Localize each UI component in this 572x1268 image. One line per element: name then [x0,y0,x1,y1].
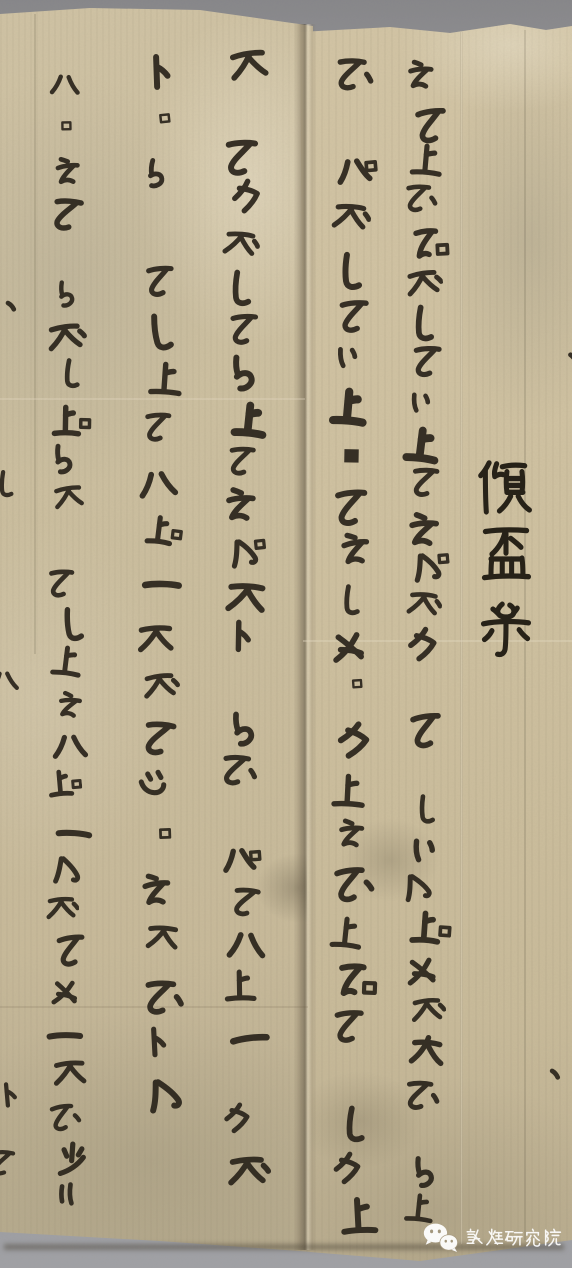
notation-glyph-e [218,483,265,530]
notation-glyph-qi [52,238,93,279]
notation-glyph-bu [141,917,183,959]
notation-glyph-te [135,714,185,764]
notation-glyph-budot [408,990,447,1029]
notation-glyph-shao [52,1138,96,1182]
notation-glyph-e [52,688,89,725]
notation-glyph-i [402,385,441,424]
notation-glyph-shi [330,580,371,621]
notation-glyph-kou [152,106,178,132]
notation-glyph-shi [0,467,23,503]
notation-glyph-tedot [327,860,376,909]
notation-glyph-te [49,928,95,974]
notation-glyph-ji [139,1070,192,1123]
notation-glyph-nu [402,953,443,994]
notation-glyph-te [139,260,182,303]
notation-glyph-shangb [225,398,273,446]
notation-glyph-ra [43,440,84,481]
notation-glyph-shangkou [140,511,186,557]
notation-glyph-tedot [400,1075,441,1116]
notation-glyph-shi [325,248,374,297]
notation-glyph-qi [327,105,366,144]
paper-seam [294,24,316,1250]
notation-glyph-qi [224,792,272,840]
notation-glyph-qi [221,91,265,135]
notation-glyph-jikou [407,545,452,590]
notation-glyph-budot [224,1148,271,1195]
notation-glyph-e [134,868,182,916]
notation-glyph-yi [137,561,187,611]
notation-glyph-te [327,1004,372,1049]
notation-glyph-te [327,482,377,532]
notation-glyph-shang [325,769,370,814]
notation-glyph-budot [219,223,262,266]
notation-glyph-shangkou [404,906,453,955]
notation-glyph-shi [407,792,445,830]
notation-glyph-dot [556,342,572,376]
notation-glyph-dot [0,288,30,325]
notation-glyph-qi [398,745,443,790]
notation-glyph-qi [407,669,447,709]
notation-glyph-bu [49,1053,90,1094]
notation-glyph-i [327,338,369,380]
notation-glyph-te [407,341,448,382]
wm-char-dun [467,1229,482,1243]
notation-glyph-e [333,527,381,575]
notation-glyph-ba [49,728,91,770]
notation-glyph-ra [48,277,84,313]
notation-glyph-te [43,565,80,602]
notation-glyph-ba [0,666,21,701]
notation-glyph-bakou [332,149,381,198]
notation-glyph-shi [216,266,264,314]
notation-glyph-shang [333,1193,383,1243]
notation-glyph-bu [134,618,178,662]
notation-glyph-te [139,408,178,447]
manuscript-photo [0,0,572,1268]
notation-glyph-shi [50,354,90,394]
notation-glyph-qi [224,658,265,699]
notation-glyph-budot [328,194,373,239]
notation-glyph-ba [133,462,182,511]
wechat-icon [422,1222,460,1253]
notation-glyph-ku [224,175,270,221]
watermark [422,1220,562,1254]
notation-glyph-shang [403,139,448,184]
notation-glyph-kou [55,115,78,138]
notation-glyph-te [0,1145,21,1181]
notation-glyph-ku [400,623,445,668]
notation-glyph-shangb [323,384,372,433]
notation-glyph-ku [217,1099,257,1139]
wm-char-yuan [546,1229,561,1245]
notation-glyph-te [222,441,262,481]
notation-glyph-e [401,56,441,96]
notation-glyph-tedot [44,1098,83,1137]
notation-glyph-da [403,1028,452,1077]
wm-char-jiu [527,1229,540,1246]
notation-glyph-ku [327,1148,369,1190]
notation-glyph-bu [49,478,88,517]
notation-glyph-te [224,309,266,351]
notation-glyph-shangkou [43,765,83,805]
notation-glyph-tedot [330,52,375,97]
notation-glyph-zhi [331,959,380,1008]
wm-char-yan [506,1231,522,1244]
notation-glyph-nu [327,627,373,673]
notation-glyph-shi [329,1101,378,1150]
notation-glyph-bakou [219,840,265,886]
notation-glyph-nu [45,974,85,1014]
notation-glyph-ba [222,924,270,972]
notation-glyph-ding [218,617,262,661]
notation-glyph-qi [133,205,179,251]
notation-glyph-te [405,462,446,503]
notation-glyph-xin [132,764,174,806]
notation-glyph-ji [47,851,88,892]
notation-glyph-te [44,191,92,239]
title-qingbeiyue [476,455,536,667]
notation-glyph-ding [0,1079,26,1116]
wm-char-huang [487,1229,503,1245]
notation-glyph-budot [139,665,181,707]
notation-glyph-shang [323,912,368,957]
notation-glyph-tedot [139,975,185,1021]
notation-glyph-ra [402,1151,447,1196]
notation-glyph-kou [152,821,179,848]
notation-glyph-budot [403,584,444,625]
notation-glyph-tedot [216,749,260,793]
notation-glyph-e [48,152,88,192]
notation-glyph-qi [333,1049,375,1091]
notation-glyph-tedot [401,179,439,217]
notation-glyph-te [332,294,377,339]
notation-glyph-ba [46,68,83,105]
title-char-qing [481,463,530,512]
notation-glyph-shang [219,967,261,1009]
notation-glyph-e [333,816,372,855]
notation-glyph-bu [223,40,274,91]
notation-glyph-kou [345,672,369,696]
notation-glyph-shi [133,307,186,360]
notation-glyph-te [225,881,268,924]
notation-glyph-budot [402,261,446,305]
notation-glyph-ra [218,349,270,401]
notation-glyph-budot [43,315,89,361]
notation-glyph-ra [135,154,177,196]
watermark-text [464,1226,562,1249]
notation-glyph-jikou [224,531,269,576]
notation-glyph-shang [142,358,188,404]
notation-glyph-ri [49,1178,86,1215]
title-char-bei [484,530,528,578]
notation-glyph-ji [397,867,441,911]
notation-glyph-budot [43,890,79,926]
notation-glyph-blob [332,438,374,480]
title-char-yue [484,604,529,654]
notation-glyph-qi [220,1056,268,1104]
notation-glyph-ding [133,50,182,99]
notation-glyph-qi [46,525,90,569]
notation-glyph-shang [44,641,88,685]
notation-glyph-ku [327,715,380,768]
notation-glyph-shangkou [48,402,92,446]
notation-glyph-qi [137,1121,183,1167]
notation-glyph-ding [134,1023,177,1066]
notation-glyph-dot [537,1057,572,1093]
